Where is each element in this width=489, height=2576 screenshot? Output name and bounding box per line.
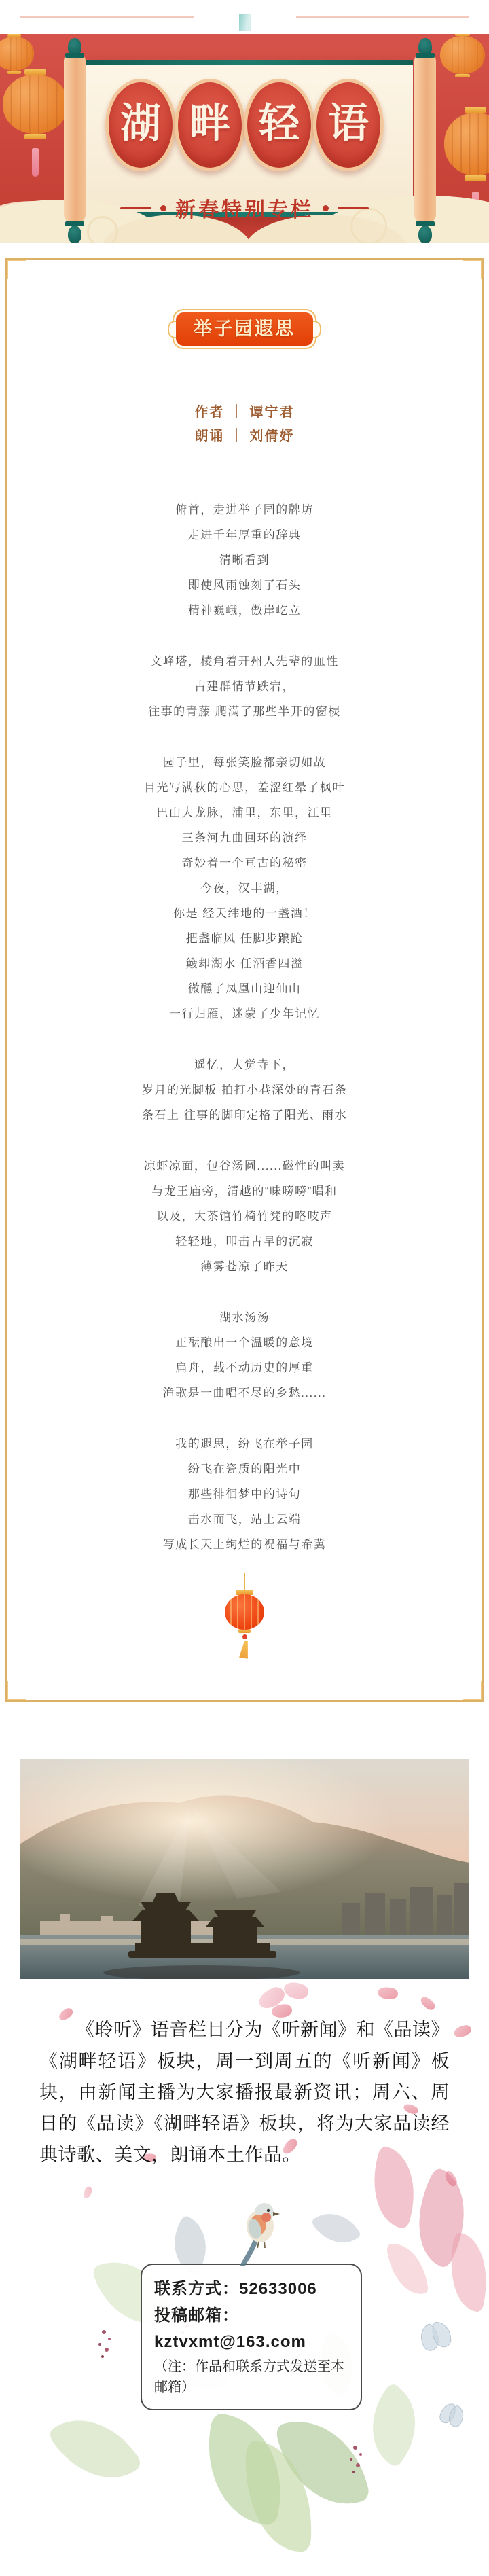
bird-icon [234,2196,282,2271]
poem-stanza: 遥忆，大觉寺下，岁月的光脚板 拍打小巷深处的青石条条石上 往事的脚印定格了阳光、… [0,1052,489,1128]
poem-line: 园子里，每张笑脸都亲切如故 [0,750,489,775]
poem-line: 奇妙着一个亘古的秘密 [0,851,489,876]
article-page: 湖畔轻语 新春特别专栏 举子园遐思 作者 ｜ 谭宁君朗诵 ｜ 刘倩妤 俯首，走进… [0,0,489,2576]
petal-decoration [376,1984,399,2001]
leaf-decoration [386,2239,429,2298]
banner-title-char: 湖 [105,79,176,171]
poem-stanza: 俯首，走进举子园的牌坊走进千年厚重的辞典清晰看到即使风雨蚀刻了石头精神巍峨，傲岸… [0,497,489,623]
poem-line: 扁舟，载不动历史的厚重 [0,1355,489,1380]
poem-line: 今夜，汉丰湖， [0,876,489,901]
poem-line: 那些徘徊梦中的诗句 [0,1482,489,1507]
byline-line: 朗诵 ｜ 刘倩妤 [0,425,489,448]
petal-decoration [419,1994,437,2012]
petal-decoration [453,2024,472,2038]
poem-line: 古建群情节跌宕， [0,674,489,699]
lake-sunset-photo [20,1759,469,1979]
poem-line: 薄雾苍凉了昨天 [0,1254,489,1279]
poem-line: 簸却湖水 任酒香四溢 [0,951,489,976]
poem-line: 巴山大龙脉，浦里，东里，江里 [0,800,489,825]
poem-line: 往事的青藤 爬满了那些半开的窗棂 [0,699,489,724]
subtitle-line-icon [120,207,151,209]
banner: 湖畔轻语 新春特别专栏 [0,34,489,243]
poem-line: 正酝酿出一个温暖的意境 [0,1330,489,1355]
poem-line: 岁月的光脚板 拍打小巷深处的青石条 [0,1077,489,1103]
poem-line: 我的遐思，纷飞在举子园 [0,1431,489,1456]
poem-line: 三条河九曲回环的演绎 [0,825,489,851]
card-corner-ornament [463,1681,482,1700]
scroll-knob [68,226,81,243]
contact-line: 联系方式：52633006 [154,2276,348,2302]
card-corner-ornament [7,260,26,279]
banner-title-char: 语 [313,79,384,171]
lantern-icon [224,1573,265,1658]
byline-line: 作者 ｜ 谭宁君 [0,401,489,425]
poem-stanza: 文峰塔，棱角着开州人先辈的血性古建群情节跌宕，往事的青藤 爬满了那些半开的窗棂 [0,649,489,724]
banner-title-char: 轻 [244,79,314,171]
poem-line: 写成长天上绚烂的祝福与希冀 [0,1532,489,1557]
poem-line: 目光写满秋的心思，羞涩红晕了枫叶 [0,775,489,800]
scroll-knob [418,226,432,243]
card-corner-ornament [463,260,482,279]
poem-line: 把盏临风 任脚步踉跄 [0,926,489,951]
poem-line: 遥忆，大觉寺下， [0,1052,489,1077]
divider-square-icon [239,14,251,31]
butterfly-icon [417,2320,454,2352]
contact-card: 联系方式：52633006投稿邮箱：kztvxmt@163.com （注：作品和… [141,2264,362,2410]
poem-line: 文峰塔，棱角着开州人先辈的血性 [0,649,489,674]
poem-line: 轻轻地，叩击古早的沉寂 [0,1229,489,1254]
scroll-edge-top [86,60,413,65]
banner-subtitle-row: 新春特别专栏 [0,193,489,223]
poem-line: 湖水汤汤 [0,1305,489,1330]
poem-line: 凉虾凉面，包谷汤圆......磁性的叫卖 [0,1153,489,1179]
subtitle-dot-icon [323,205,329,211]
contact-line: kztvxmt@163.com [154,2329,348,2355]
poem-line: 一行归雁，迷蒙了少年记忆 [0,1001,489,1026]
poem-line: 击水而飞，站上云端 [0,1507,489,1532]
petal-decoration [81,2185,94,2200]
poem-line: 纷飞在瓷质的阳光中 [0,1456,489,1482]
contact-lines: 联系方式：52633006投稿邮箱：kztvxmt@163.com [154,2276,348,2355]
poem-line: 微醺了凤凰山迎仙山 [0,976,489,1001]
poem-line: 即使风雨蚀刻了石头 [0,573,489,598]
poem-line: 俯首，走进举子园的牌坊 [0,497,489,522]
poem-line: 精神巍峨，傲岸屹立 [0,598,489,623]
scroll-knob [65,53,84,58]
lantern-icon [440,34,485,82]
poem-stanza: 我的遐思，纷飞在举子园纷飞在瓷质的阳光中那些徘徊梦中的诗句击水而飞，站上云端写成… [0,1431,489,1557]
petal-decoration [282,1978,311,2003]
poem-stanza: 园子里，每张笑脸都亲切如故目光写满秋的心思，羞涩红晕了枫叶巴山大龙脉，浦里，东里… [0,750,489,1026]
berry-decoration [353,2446,357,2450]
poem-title: 举子园遐思 [176,312,313,346]
leaf-decoration [47,2398,144,2500]
poem-line: 你是 经天纬地的一盏酒！ [0,901,489,926]
subtitle-line-icon [338,207,369,209]
poem-line: 走进千年厚重的辞典 [0,522,489,548]
divider-line-right [296,16,469,18]
contact-line: 投稿邮箱： [154,2302,348,2329]
byline: 作者 ｜ 谭宁君朗诵 ｜ 刘倩妤 [0,401,489,448]
banner-title-char: 畔 [175,79,245,171]
banner-subtitle: 新春特别专栏 [175,193,314,223]
scroll-knob [416,53,435,58]
poem-line: 渔歌是一曲唱不尽的乡愁...... [0,1380,489,1406]
berry-decoration [102,2330,106,2334]
poem-line: 条石上 往事的脚印定格了阳光、雨水 [0,1103,489,1128]
leaf-decoration [352,2382,436,2469]
poem-stanza: 凉虾凉面，包谷汤圆......磁性的叫卖与龙王庙旁，清越的“味嗙嗙”唱和以及，大… [0,1153,489,1279]
card-corner-ornament [7,1681,26,1700]
poem-line: 与龙王庙旁，清越的“味嗙嗙”唱和 [0,1179,489,1204]
divider-line-left [20,16,194,18]
poem-line: 以及，大茶馆竹椅竹凳的咯吱声 [0,1204,489,1229]
column-intro: 《聆听》语音栏目分为《听新闻》和《品读》《湖畔轻语》板块，周一到周五的《听新闻》… [39,2014,450,2170]
poem-stanza: 湖水汤汤正酝酿出一个温暖的意境扁舟，载不动历史的厚重渔歌是一曲唱不尽的乡愁...… [0,1305,489,1406]
banner-title: 湖畔轻语 [0,79,489,171]
leaf-decoration [310,2202,361,2255]
subtitle-dot-icon [160,205,166,211]
poem-title-badge: 举子园遐思 [173,309,316,349]
poem-line: 清晰看到 [0,548,489,573]
contact-note: （注：作品和联系方式发送至本邮箱） [154,2357,348,2397]
poem: 俯首，走进举子园的牌坊走进千年厚重的辞典清晰看到即使风雨蚀刻了石头精神巍峨，傲岸… [0,497,489,1583]
butterfly-icon [437,2401,467,2428]
